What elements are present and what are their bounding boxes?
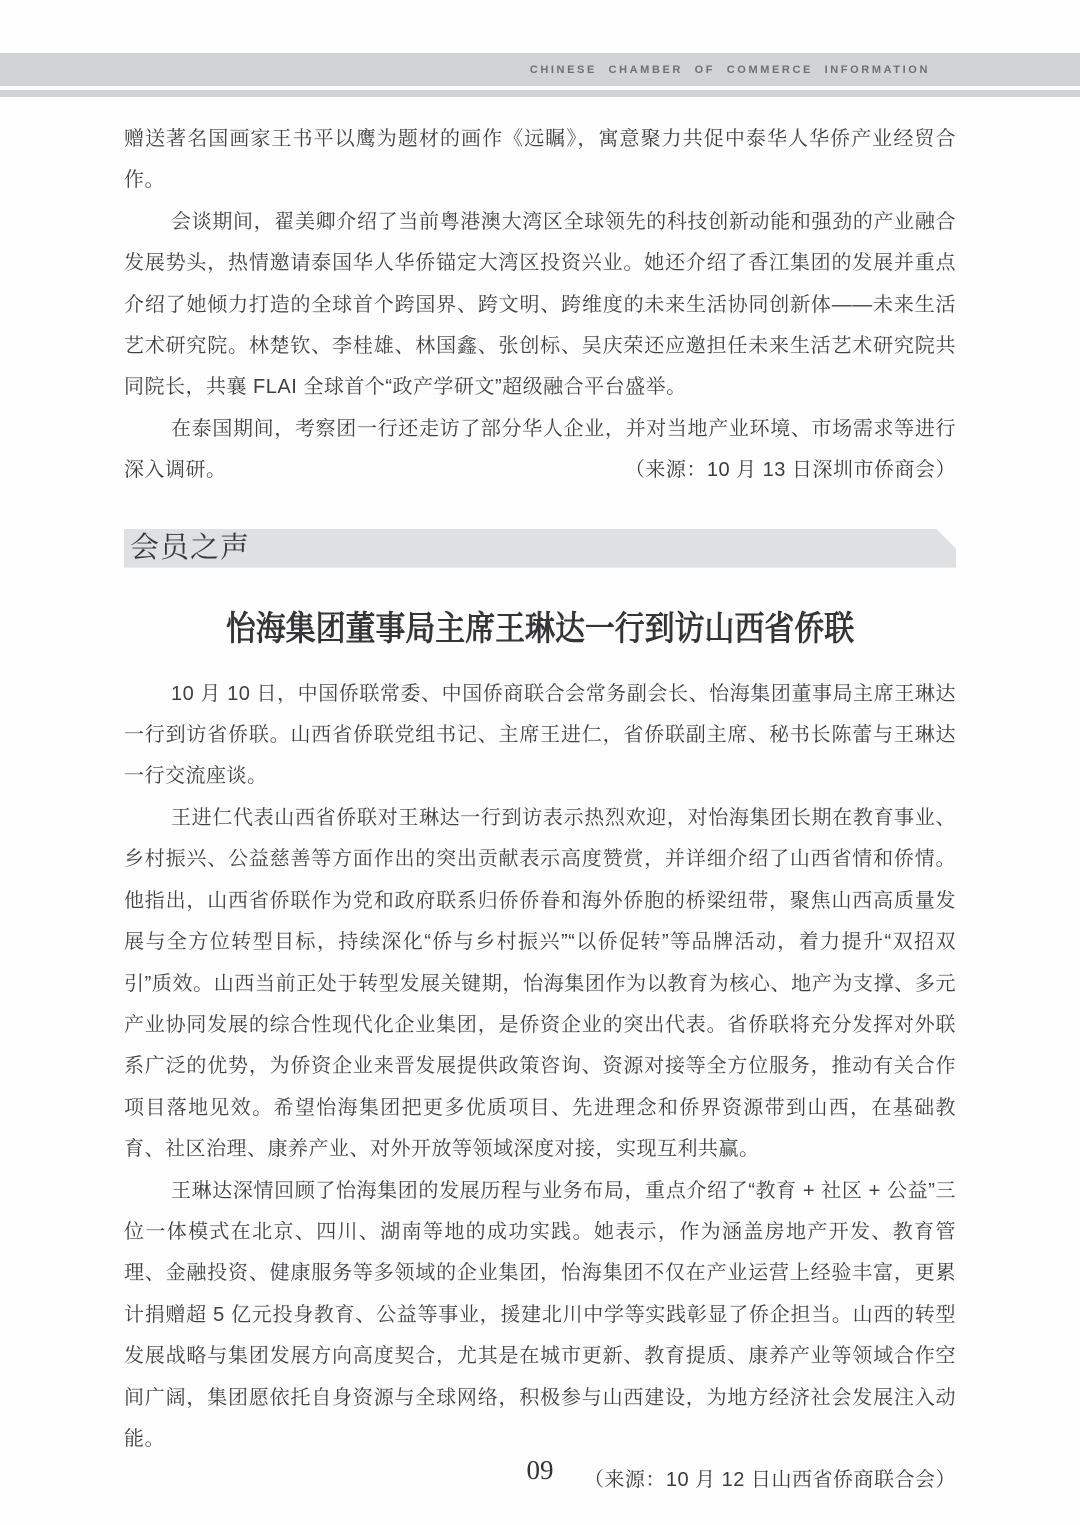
article-body-section: 10 月 10 日，中国侨联常委、中国侨商联合会常务副会长、怡海集团董事局主席王… [124,674,956,1502]
document-page: CHINESE CHAMBER OF COMMERCE INFORMATION … [0,0,1080,1525]
paragraph: 王琳达深情回顾了怡海集团的发展历程与业务布局，重点介绍了“教育 + 社区 + 公… [124,1171,956,1461]
article-title: 怡海集团董事局主席王琳达一行到访山西省侨联 [174,609,906,649]
paragraph: 赠送著名国画家王书平以鹰为题材的画作《远瞩》，寓意聚力共促中泰华人华侨产业经贸合… [124,119,956,202]
section-banner: 会员之声 [124,529,956,568]
paragraph: 会谈期间，翟美卿介绍了当前粤港澳大湾区全球领先的科技创新动能和强劲的产业融合发展… [124,202,956,409]
paragraph: 10 月 10 日，中国侨联常委、中国侨商联合会常务副会长、怡海集团董事局主席王… [124,674,956,798]
section-banner-title: 会员之声 [130,529,250,568]
page-number: 09 [0,1455,1080,1486]
previous-article-section: 赠送著名国画家王书平以鹰为题材的画作《远瞩》，寓意聚力共促中泰华人华侨产业经贸合… [124,119,956,492]
header-bar: CHINESE CHAMBER OF COMMERCE INFORMATION [0,53,1080,86]
paragraph: 王进仁代表山西省侨联对王琳达一行到访表示热烈欢迎，对怡海集团长期在教育事业、乡村… [124,798,956,1171]
header-banner-text: CHINESE CHAMBER OF COMMERCE INFORMATION [530,64,930,76]
header-divider-bar [0,90,1080,97]
source-attribution: （来源：10 月 13 日深圳市侨商会） [578,450,956,491]
page-content: 赠送著名国画家王书平以鹰为题材的画作《远瞩》，寓意聚力共促中泰华人华侨产业经贸合… [124,119,956,1502]
paragraph: 在泰国期间，考察团一行还走访了部分华人企业，并对当地产业环境、市场需求等进行深入… [124,409,956,492]
